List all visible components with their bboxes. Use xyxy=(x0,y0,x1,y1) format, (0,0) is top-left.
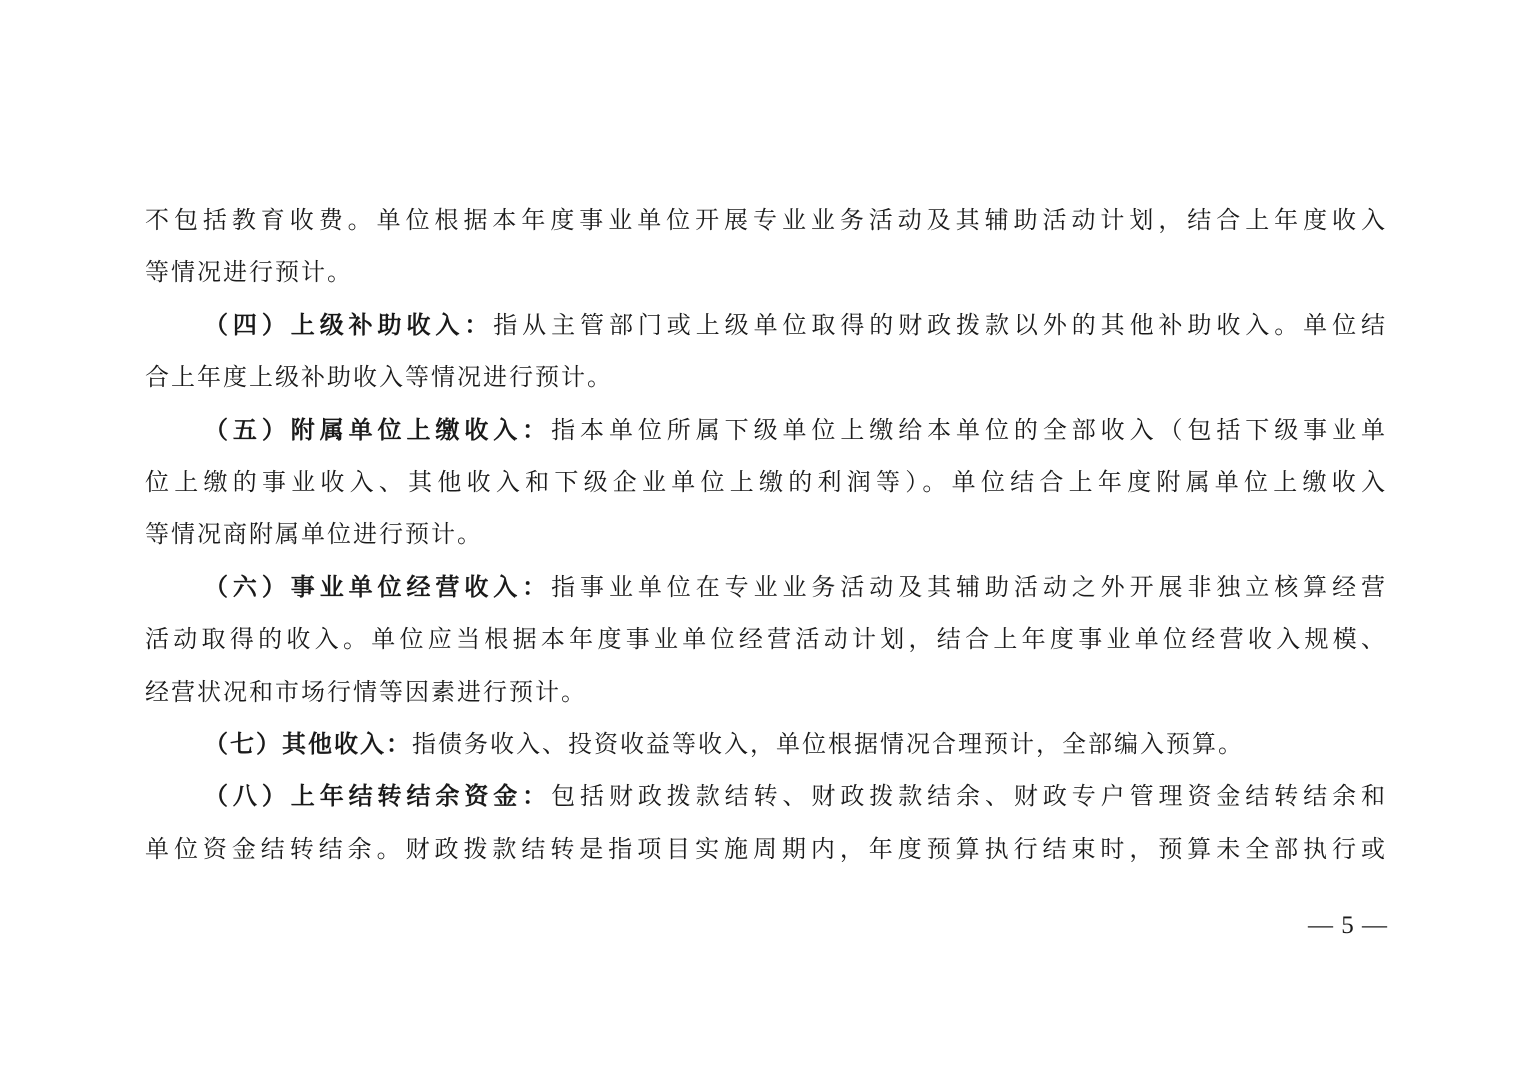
paragraph-line: （四）上级补助收入：指从主管部门或上级单位取得的财政拨款以外的其他补助收入。单位… xyxy=(145,303,1387,355)
section-heading-4: （四）上级补助收入： xyxy=(204,310,493,339)
paragraph-line: 活动取得的收入。单位应当根据本年度事业单位经营活动计划，结合上年度事业单位经营收… xyxy=(145,617,1387,669)
section-heading-5: （五）附属单位上缴收入： xyxy=(204,415,551,444)
body-text: 单位资金结转结余。财政拨款结转是指项目实施周期内，年度预算执行结束时，预算未全部… xyxy=(145,835,1387,863)
section-heading-7: （七）其他收入： xyxy=(204,729,412,758)
paragraph-line: （八）上年结转结余资金：包括财政拨款结转、财政拨款结余、财政专户管理资金结转结余… xyxy=(145,774,1387,826)
body-text: 包括财政拨款结转、财政拨款结余、财政专户管理资金结转结余和 xyxy=(551,782,1387,810)
paragraph-line: （七）其他收入：指债务收入、投资收益等收入，单位根据情况合理预计，全部编入预算。 xyxy=(145,722,1387,774)
section-heading-6: （六）事业单位经营收入： xyxy=(204,572,551,601)
section-heading-8: （八）上年结转结余资金： xyxy=(204,781,551,810)
body-text: 指事业单位在专业业务活动及其辅助活动之外开展非独立核算经营 xyxy=(551,573,1387,601)
document-page: 不包括教育收费。单位根据本年度事业单位开展专业业务活动及其辅助活动计划，结合上年… xyxy=(145,198,1387,879)
paragraph-line: 单位资金结转结余。财政拨款结转是指项目实施周期内，年度预算执行结束时，预算未全部… xyxy=(145,827,1387,879)
page-number: — 5 — xyxy=(1308,912,1388,940)
paragraph-line: 不包括教育收费。单位根据本年度事业单位开展专业业务活动及其辅助活动计划，结合上年… xyxy=(145,198,1387,250)
body-text: 经营状况和市场行情等因素进行预计。 xyxy=(145,678,587,706)
body-text: 合上年度上级补助收入等情况进行预计。 xyxy=(145,363,613,391)
body-text: 指从主管部门或上级单位取得的财政拨款以外的其他补助收入。单位结 xyxy=(493,311,1387,339)
body-text: 不包括教育收费。单位根据本年度事业单位开展专业业务活动及其辅助活动计划，结合上年… xyxy=(145,206,1387,234)
body-text: 指本单位所属下级单位上缴给本单位的全部收入（包括下级事业单 xyxy=(551,416,1387,444)
body-text: 等情况进行预计。 xyxy=(145,258,353,286)
paragraph-line: （六）事业单位经营收入：指事业单位在专业业务活动及其辅助活动之外开展非独立核算经… xyxy=(145,565,1387,617)
paragraph-line: 等情况商附属单位进行预计。 xyxy=(145,512,1387,564)
body-text: 等情况商附属单位进行预计。 xyxy=(145,520,483,548)
paragraph-line: 等情况进行预计。 xyxy=(145,250,1387,302)
paragraph-line: 位上缴的事业收入、其他收入和下级企业单位上缴的利润等）。单位结合上年度附属单位上… xyxy=(145,460,1387,512)
paragraph-line: （五）附属单位上缴收入：指本单位所属下级单位上缴给本单位的全部收入（包括下级事业… xyxy=(145,408,1387,460)
body-text: 活动取得的收入。单位应当根据本年度事业单位经营活动计划，结合上年度事业单位经营收… xyxy=(145,625,1387,653)
body-text: 位上缴的事业收入、其他收入和下级企业单位上缴的利润等）。单位结合上年度附属单位上… xyxy=(145,468,1387,496)
paragraph-line: 经营状况和市场行情等因素进行预计。 xyxy=(145,670,1387,722)
body-text: 指债务收入、投资收益等收入，单位根据情况合理预计，全部编入预算。 xyxy=(412,730,1244,758)
paragraph-line: 合上年度上级补助收入等情况进行预计。 xyxy=(145,355,1387,407)
